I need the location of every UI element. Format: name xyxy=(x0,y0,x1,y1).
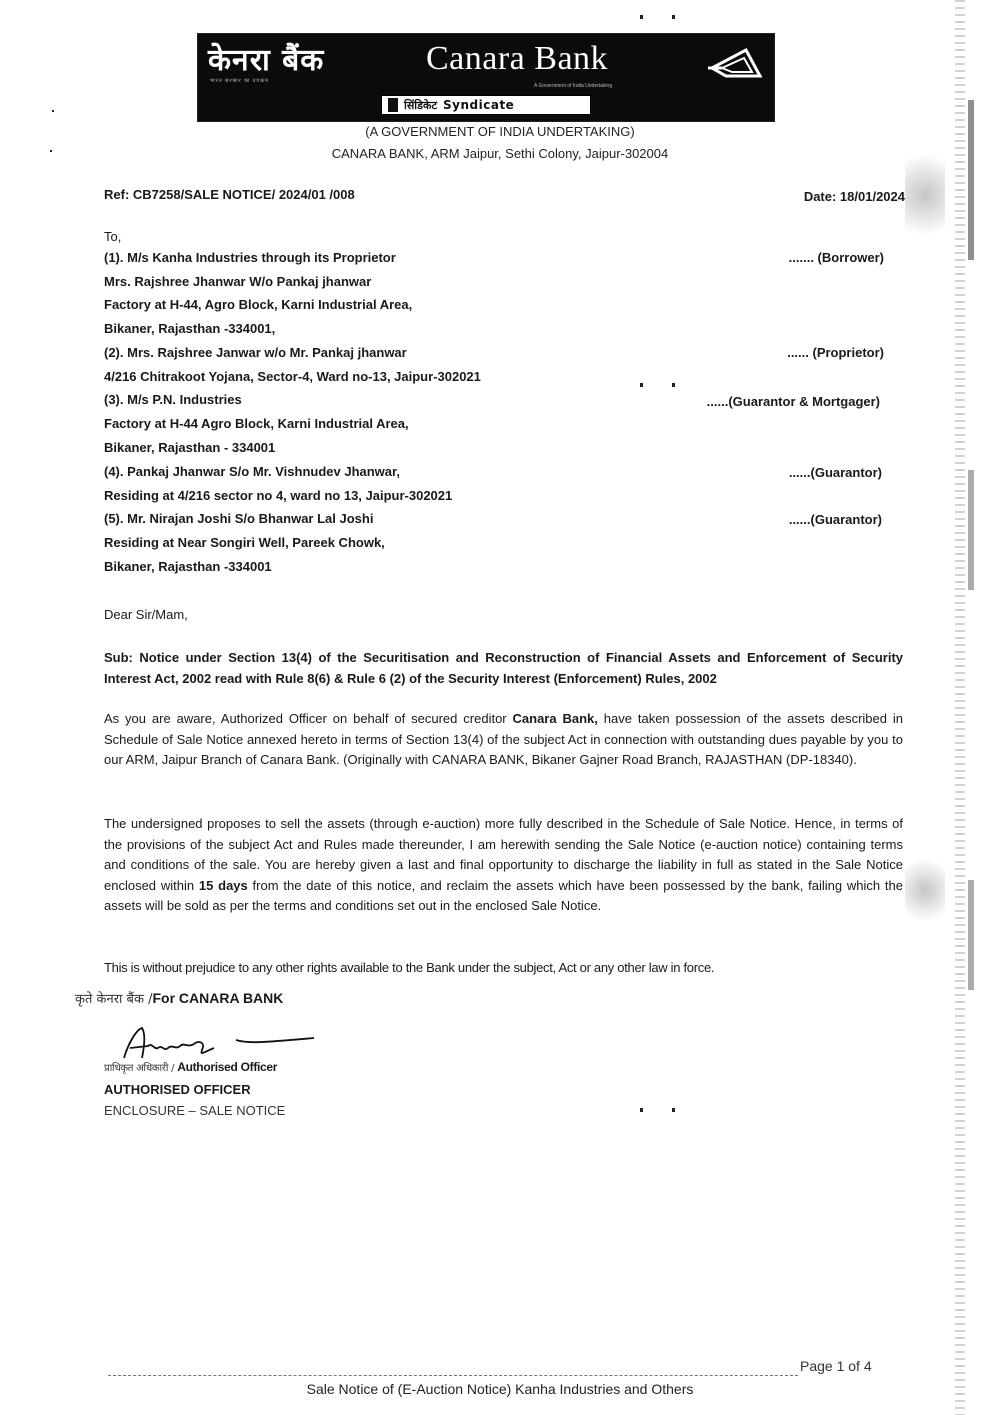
bank-name-hindi-subtitle: भारत सरकार का उपक्रम xyxy=(210,78,269,84)
authorised-officer-stamp: प्राधिकृत अधिकारी / Authorised Officer xyxy=(104,1060,277,1074)
addressee-5-line-2: Residing at Near Songiri Well, Pareek Ch… xyxy=(104,535,385,550)
syndicate-english: Syndicate xyxy=(443,98,514,112)
addressee-3-line-3: Bikaner, Rajasthan - 334001 xyxy=(104,440,275,455)
syndicate-hindi: सिंडिकेट xyxy=(404,98,437,113)
addressee-4-role: ......(Guarantor) xyxy=(789,465,882,480)
addressee-4-line-1: (4). Pankaj Jhanwar S/o Mr. Vishnudev Jh… xyxy=(104,464,400,479)
stamp-hindi: प्राधिकृत अधिकारी / xyxy=(104,1063,174,1074)
paragraph-without-prejudice: This is without prejudice to any other r… xyxy=(104,958,903,979)
addressee-3-line-2: Factory at H-44 Agro Block, Karni Indust… xyxy=(104,416,409,431)
addressee-5-line-1: (5). Mr. Nirajan Joshi S/o Bhanwar Lal J… xyxy=(104,511,373,526)
addressee-1-line-4: Bikaner, Rajasthan -334001, xyxy=(104,321,275,336)
scan-speckle xyxy=(905,850,945,930)
bank-name: Canara Bank xyxy=(426,40,608,78)
bank-name-subtitle: A Government of India Undertaking xyxy=(534,83,612,89)
scan-dot xyxy=(640,383,643,387)
addressee-1-line-3: Factory at H-44, Agro Block, Karni Indus… xyxy=(104,297,412,312)
signature-image xyxy=(118,1024,318,1064)
subject-line: Sub: Notice under Section 13(4) of the S… xyxy=(104,648,903,689)
enclosure-note: ENCLOSURE – SALE NOTICE xyxy=(104,1103,285,1118)
page-number: Page 1 of 4 xyxy=(800,1358,872,1374)
canara-triangle-logo-icon xyxy=(708,46,764,80)
addressee-1-role: ....... (Borrower) xyxy=(789,250,884,265)
govt-undertaking-line: (A GOVERNMENT OF INDIA UNDERTAKING) xyxy=(0,124,1000,139)
reference-number: Ref: CB7258/SALE NOTICE/ 2024/01 /008 xyxy=(104,187,355,202)
scan-dot xyxy=(52,110,54,112)
scan-dot xyxy=(672,15,675,19)
scan-dot xyxy=(672,383,675,387)
paragraph-possession: As you are aware, Authorized Officer on … xyxy=(104,709,903,771)
addressee-5-role: ......(Guarantor) xyxy=(789,512,882,527)
addressee-1-line-1: (1). M/s Kanha Industries through its Pr… xyxy=(104,250,396,265)
scan-dot xyxy=(640,15,643,19)
footer-divider xyxy=(108,1375,798,1376)
addressee-5-line-3: Bikaner, Rajasthan -334001 xyxy=(104,559,272,574)
stamp-english: Authorised Officer xyxy=(177,1060,277,1074)
scan-dark-band xyxy=(968,880,974,990)
bank-letterhead-banner: केनरा बैंक भारत सरकार का उपक्रम Canara B… xyxy=(197,33,775,122)
paragraph-1-text: As you are aware, Authorized Officer on … xyxy=(104,711,513,726)
footer-title: Sale Notice of (E-Auction Notice) Kanha … xyxy=(0,1381,1000,1397)
bank-name-hindi: केनरा बैंक xyxy=(208,38,324,79)
to-label: To, xyxy=(104,229,121,244)
scan-dot xyxy=(640,1108,643,1112)
addressee-1-line-2: Mrs. Rajshree Jhanwar W/o Pankaj jhanwar xyxy=(104,274,371,289)
for-canara-bank: कृते केनरा बैंक /For CANARA BANK xyxy=(75,989,283,1008)
paragraph-2-bold: 15 days xyxy=(199,878,248,893)
scan-dot xyxy=(672,1108,675,1112)
addressee-3-role: ......(Guarantor & Mortgager) xyxy=(707,394,880,409)
paragraph-sale-proposal: The undersigned proposes to sell the ass… xyxy=(104,814,903,917)
scan-edge-noise xyxy=(955,0,965,1415)
scan-dot xyxy=(50,150,52,152)
scan-dark-band xyxy=(968,100,974,260)
for-bank-hindi: कृते केनरा बैंक / xyxy=(75,992,152,1007)
addressee-2-line-2: 4/216 Chitrakoot Yojana, Sector-4, Ward … xyxy=(104,369,481,384)
scan-dark-band xyxy=(968,470,974,590)
addressee-2-role: ...... (Proprietor) xyxy=(787,345,884,360)
letter-date: Date: 18/01/2024 xyxy=(804,189,905,204)
branch-address: CANARA BANK, ARM Jaipur, Sethi Colony, J… xyxy=(0,146,1000,161)
syndicate-emblem-icon xyxy=(388,98,398,112)
paragraph-1-bold: Canara Bank, xyxy=(513,711,598,726)
scan-speckle xyxy=(905,140,945,250)
greeting: Dear Sir/Mam, xyxy=(104,607,188,622)
designation: AUTHORISED OFFICER xyxy=(104,1082,251,1097)
addressee-2-line-1: (2). Mrs. Rajshree Janwar w/o Mr. Pankaj… xyxy=(104,345,407,360)
addressee-3-line-1: (3). M/s P.N. Industries xyxy=(104,392,242,407)
for-bank-english: For CANARA BANK xyxy=(152,990,283,1006)
addressee-4-line-2: Residing at 4/216 sector no 4, ward no 1… xyxy=(104,488,452,503)
syndicate-logo: सिंडिकेट Syndicate xyxy=(381,95,591,115)
